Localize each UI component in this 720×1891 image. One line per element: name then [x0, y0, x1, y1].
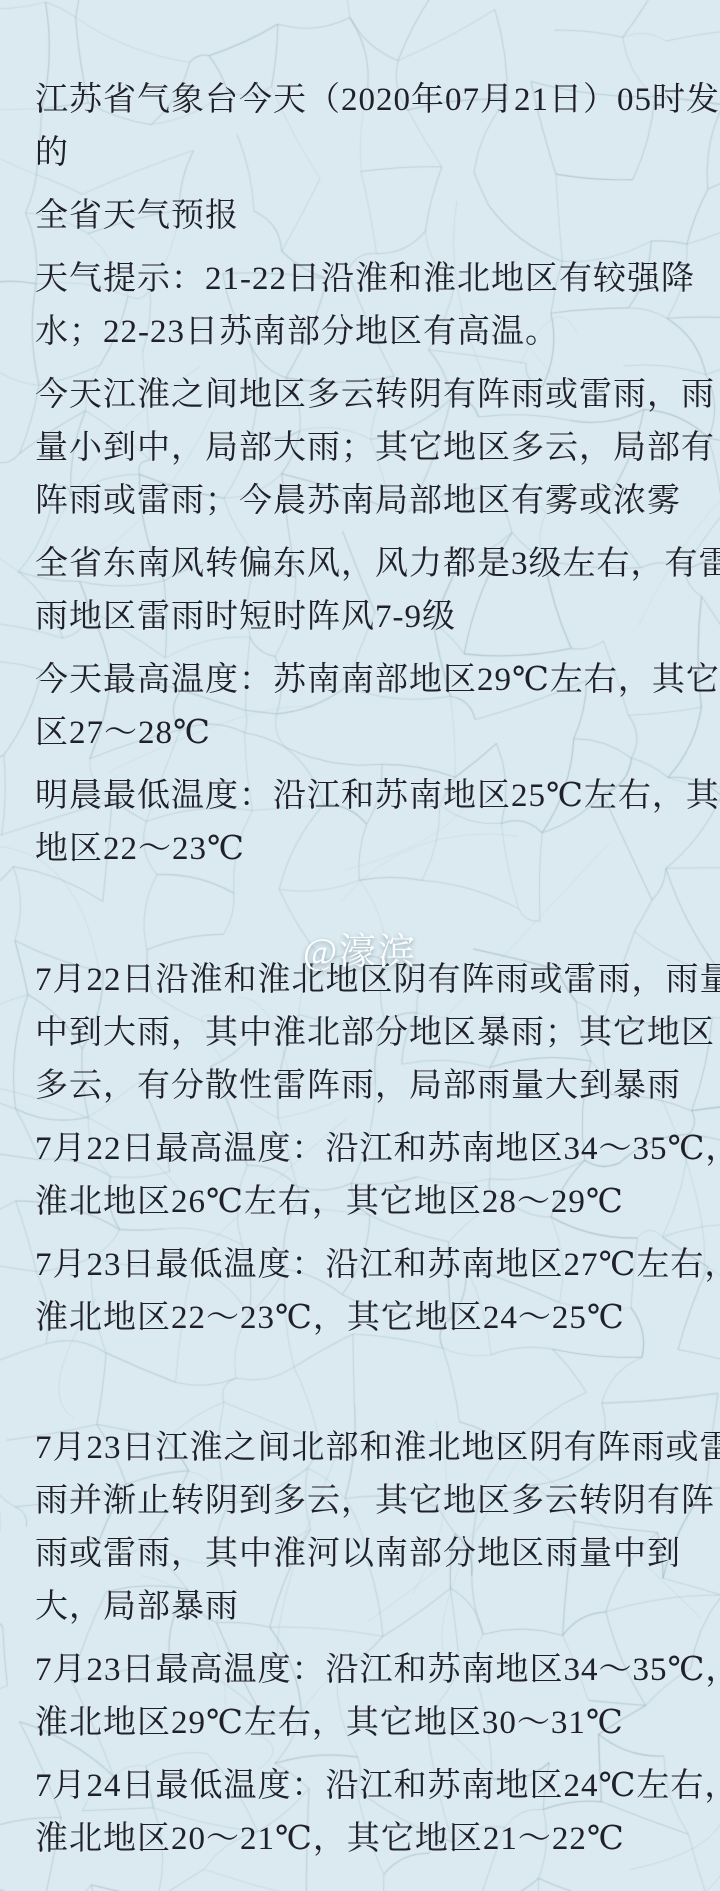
forecast-line: 雨并渐止转阴到多云，其它地区多云转阴有阵: [35, 1475, 695, 1528]
forecast-paragraph: 7月23日最低温度：沿江和苏南地区27℃左右，淮北地区22～23℃，其它地区24…: [35, 1239, 695, 1345]
forecast-line: 区27～28℃: [35, 707, 695, 760]
forecast-paragraph: 天气提示：21-22日沿淮和淮北地区有较强降水；22-23日苏南部分地区有高温。: [35, 253, 695, 359]
forecast-paragraph: 明晨最低温度：沿江和苏南地区25℃左右，其它地区22～23℃: [35, 770, 695, 876]
forecast-paragraph: 江苏省气象台今天（2020年07月21日）05时发布的: [35, 74, 695, 180]
forecast-paragraph: 7月22日沿淮和淮北地区阴有阵雨或雷雨，雨量中到大雨，其中淮北部分地区暴雨；其它…: [35, 954, 695, 1113]
forecast-paragraph: 今天最高温度：苏南南部地区29℃左右，其它地区27～28℃: [35, 654, 695, 760]
forecast-section-today: 江苏省气象台今天（2020年07月21日）05时发布的全省天气预报天气提示：21…: [35, 74, 695, 876]
forecast-paragraph: 7月23日最高温度：沿江和苏南地区34～35℃，淮北地区29℃左右，其它地区30…: [35, 1644, 695, 1750]
forecast-line: 7月23日最高温度：沿江和苏南地区34～35℃，: [35, 1644, 695, 1697]
forecast-line: 的: [35, 127, 695, 180]
forecast-paragraph: 全省东南风转偏东风，风力都是3级左右，有雷雨地区雷雨时短时阵风7-9级: [35, 538, 695, 644]
forecast-paragraph: 7月24日最低温度：沿江和苏南地区24℃左右，淮北地区20～21℃，其它地区21…: [35, 1760, 695, 1866]
forecast-line: 地区22～23℃: [35, 823, 695, 876]
forecast-line: 天气提示：21-22日沿淮和淮北地区有较强降: [35, 253, 695, 306]
forecast-line: 多云，有分散性雷阵雨，局部雨量大到暴雨: [35, 1060, 695, 1113]
forecast-line: 明晨最低温度：沿江和苏南地区25℃左右，其它: [35, 770, 695, 823]
forecast-line: 全省天气预报: [35, 190, 695, 243]
forecast-line: 水；22-23日苏南部分地区有高温。: [35, 306, 695, 359]
forecast-paragraph: 全省天气预报: [35, 190, 695, 243]
forecast-line: 淮北地区22～23℃，其它地区24～25℃: [35, 1292, 695, 1345]
forecast-line: 7月24日最低温度：沿江和苏南地区24℃左右，: [35, 1760, 695, 1813]
forecast-line: 江苏省气象台今天（2020年07月21日）05时发布: [35, 74, 695, 127]
forecast-line: 今天最高温度：苏南南部地区29℃左右，其它地: [35, 654, 695, 707]
forecast-line: 雨地区雷雨时短时阵风7-9级: [35, 591, 695, 644]
forecast-paragraph: 7月22日最高温度：沿江和苏南地区34～35℃，淮北地区26℃左右，其它地区28…: [35, 1123, 695, 1229]
watermark-text: @濠滨: [0, 921, 720, 975]
forecast-paragraph: 今天江淮之间地区多云转阴有阵雨或雷雨，雨量小到中，局部大雨；其它地区多云，局部有…: [35, 369, 695, 528]
forecast-line: 雨或雷雨，其中淮河以南部分地区雨量中到: [35, 1528, 695, 1581]
forecast-line: 全省东南风转偏东风，风力都是3级左右，有雷: [35, 538, 695, 591]
forecast-paragraph: 7月23日江淮之间北部和淮北地区阴有阵雨或雷雨并渐止转阴到多云，其它地区多云转阴…: [35, 1422, 695, 1634]
forecast-document: 江苏省气象台今天（2020年07月21日）05时发布的全省天气预报天气提示：21…: [35, 74, 695, 1876]
forecast-line: 淮北地区26℃左右，其它地区28～29℃: [35, 1176, 695, 1229]
forecast-line: 阵雨或雷雨；今晨苏南局部地区有雾或浓雾: [35, 475, 695, 528]
forecast-line: 7月23日最低温度：沿江和苏南地区27℃左右，: [35, 1239, 695, 1292]
forecast-line: 量小到中，局部大雨；其它地区多云，局部有: [35, 422, 695, 475]
forecast-line: 大，局部暴雨: [35, 1581, 695, 1634]
forecast-line: 今天江淮之间地区多云转阴有阵雨或雷雨，雨: [35, 369, 695, 422]
forecast-section-next-days: 7月22日沿淮和淮北地区阴有阵雨或雷雨，雨量中到大雨，其中淮北部分地区暴雨；其它…: [35, 954, 695, 1866]
forecast-line: 7月23日江淮之间北部和淮北地区阴有阵雨或雷: [35, 1422, 695, 1475]
forecast-line: 中到大雨，其中淮北部分地区暴雨；其它地区: [35, 1007, 695, 1060]
forecast-line: 7月22日最高温度：沿江和苏南地区34～35℃，: [35, 1123, 695, 1176]
forecast-line: 淮北地区29℃左右，其它地区30～31℃: [35, 1697, 695, 1750]
forecast-line: 淮北地区20～21℃，其它地区21～22℃: [35, 1813, 695, 1866]
